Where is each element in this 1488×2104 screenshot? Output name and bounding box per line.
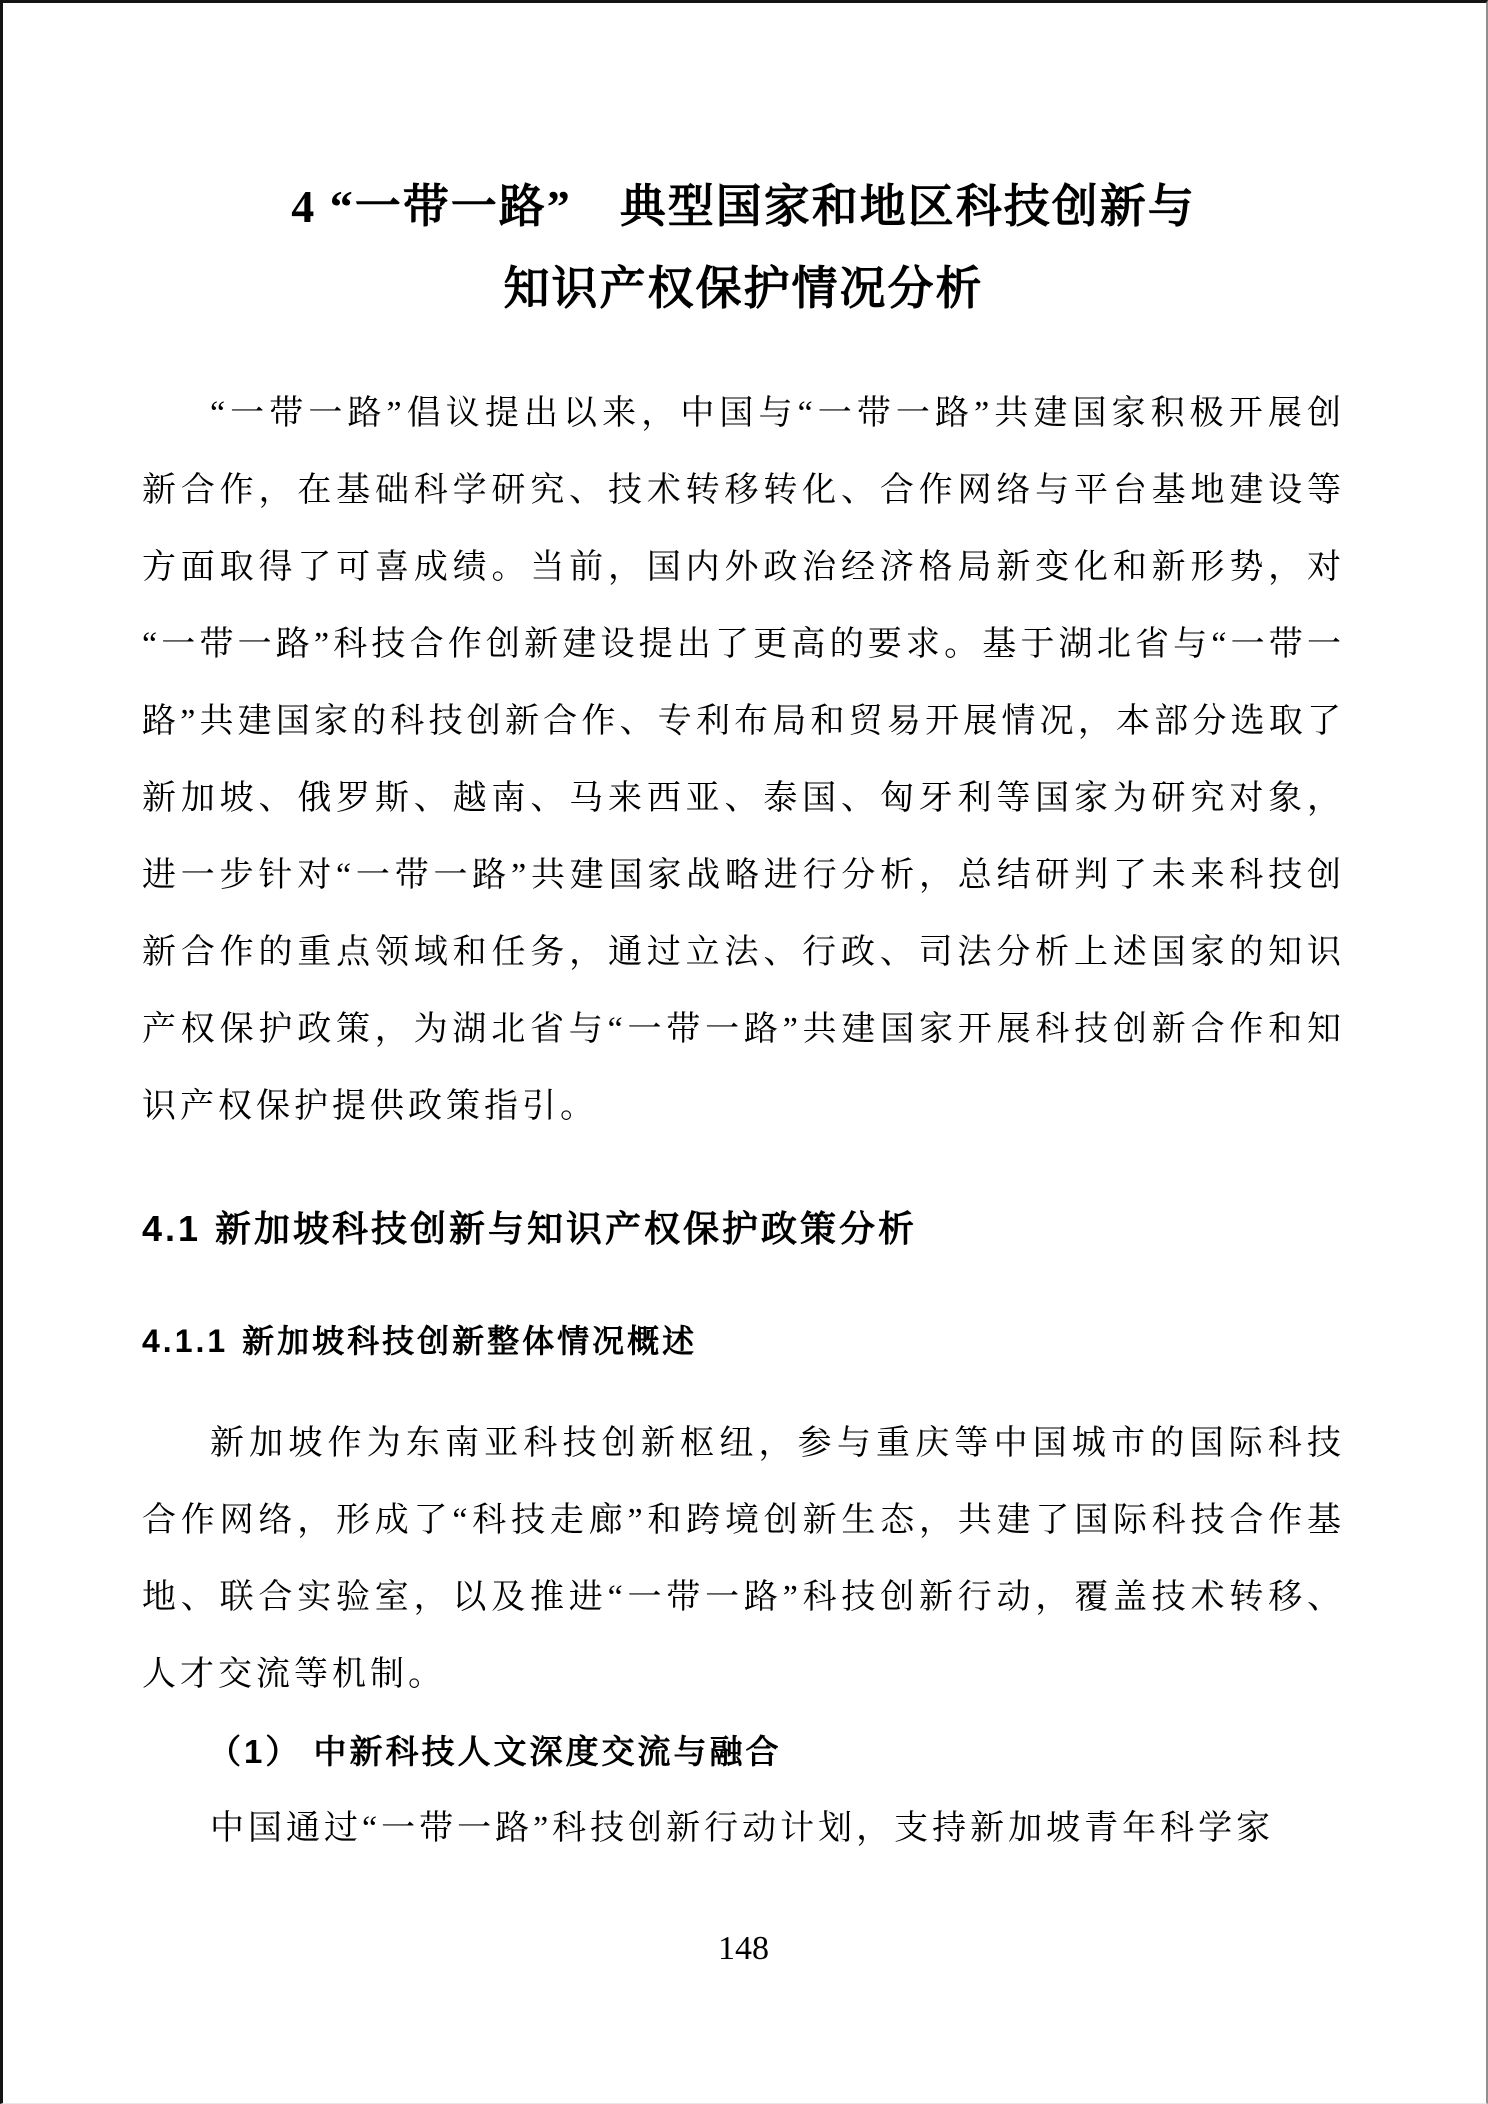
chapter-title-line1: 4 “一带一路” 典型国家和地区科技创新与 xyxy=(142,166,1345,248)
subsection-number: 4.1.1 xyxy=(142,1323,228,1359)
section-heading-4-1: 4.1新加坡科技创新与知识产权保护政策分析 xyxy=(142,1203,1345,1255)
item-1-paragraph: 中国通过“一带一路”科技创新行动计划，支持新加坡青年科学家 xyxy=(142,1790,1345,1867)
page-content: 4 “一带一路” 典型国家和地区科技创新与 知识产权保护情况分析 “一带一路”倡… xyxy=(3,166,1486,1971)
intro-paragraph: “一带一路”倡议提出以来，中国与“一带一路”共建国家积极开展创新合作，在基础科学… xyxy=(142,375,1345,1145)
chapter-title-line2: 知识产权保护情况分析 xyxy=(142,248,1345,330)
subsection-heading-4-1-1: 4.1.1新加坡科技创新整体情况概述 xyxy=(142,1317,1345,1365)
document-page: { "doc": { "chapter_title": { "line1": "… xyxy=(0,0,1488,2104)
chapter-title: 4 “一带一路” 典型国家和地区科技创新与 知识产权保护情况分析 xyxy=(142,166,1345,330)
subsection-title: 新加坡科技创新整体情况概述 xyxy=(242,1323,697,1359)
item-1-heading: （1） 中新科技人文深度交流与融合 xyxy=(142,1713,1345,1790)
page-number: 148 xyxy=(142,1927,1345,1971)
subsection-paragraph: 新加坡作为东南亚科技创新枢纽，参与重庆等中国城市的国际科技合作网络，形成了“科技… xyxy=(142,1405,1345,1713)
section-number: 4.1 xyxy=(142,1208,201,1249)
section-title: 新加坡科技创新与知识产权保护政策分析 xyxy=(215,1208,917,1249)
